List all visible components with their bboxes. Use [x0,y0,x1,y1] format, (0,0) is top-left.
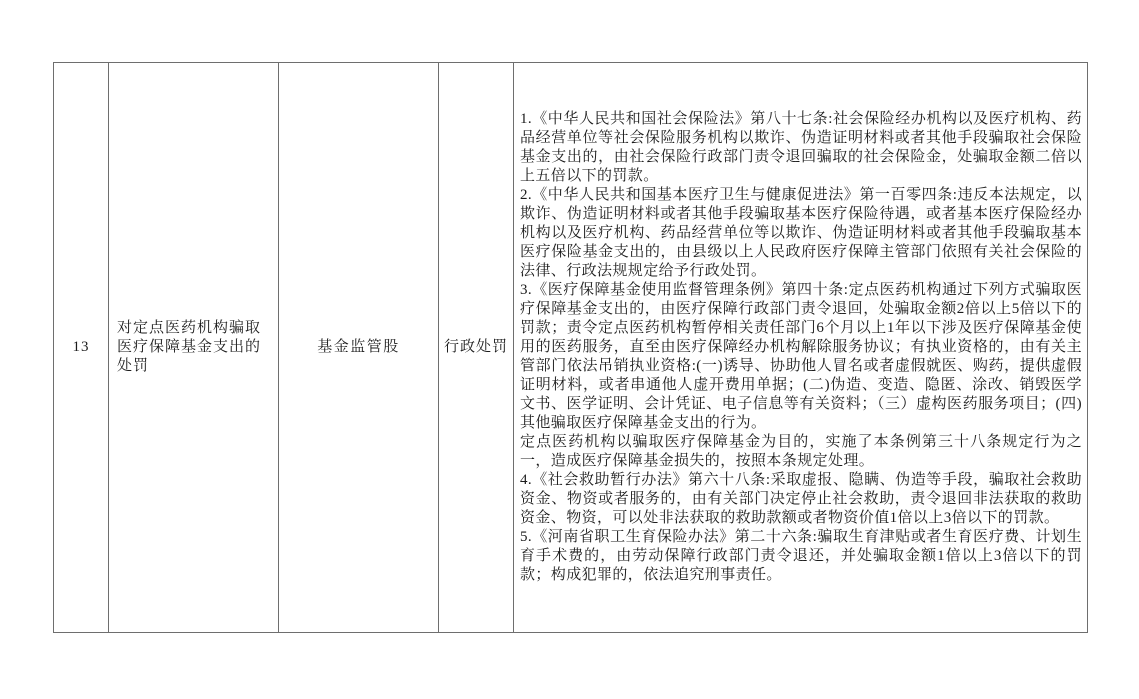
legal-paragraph-2: 2.《中华人民共和国基本医疗卫生与健康促进法》第一百零四条:违反本法规定，以欺诈… [520,186,1082,281]
item-name-cell: 对定点医药机构骗取医疗保障基金支出的处罚 [109,63,279,633]
legal-basis-cell: 1.《中华人民共和国社会保险法》第八十七条:社会保险经办机构以及医疗机构、药品经… [514,63,1088,633]
document-page: 13 对定点医药机构骗取医疗保障基金支出的处罚 基金监管股 行政处罚 1.《中华… [0,0,1139,699]
serial-number-cell: 13 [54,63,109,633]
penalty-items-table: 13 对定点医药机构骗取医疗保障基金支出的处罚 基金监管股 行政处罚 1.《中华… [53,62,1087,633]
legal-paragraph-6: 5.《河南省职工生育保险办法》第二十六条:骗取生育津贴或者生育医疗费、计划生育手… [520,528,1082,585]
table-row: 13 对定点医药机构骗取医疗保障基金支出的处罚 基金监管股 行政处罚 1.《中华… [54,63,1088,633]
legal-paragraph-5: 4.《社会救助暂行办法》第六十八条:采取虚报、隐瞒、伪造等手段，骗取社会救助资金… [520,471,1082,528]
implementing-division-cell: 基金监管股 [279,63,439,633]
penalty-type-cell: 行政处罚 [439,63,514,633]
table: 13 对定点医药机构骗取医疗保障基金支出的处罚 基金监管股 行政处罚 1.《中华… [53,62,1088,633]
legal-paragraph-4: 定点医药机构以骗取医疗保障基金为目的，实施了本条例第三十八条规定行为之一，造成医… [520,433,1082,471]
legal-paragraph-3: 3.《医疗保障基金使用监督管理条例》第四十条:定点医药机构通过下列方式骗取医疗保… [520,281,1082,433]
legal-paragraph-1: 1.《中华人民共和国社会保险法》第八十七条:社会保险经办机构以及医疗机构、药品经… [520,110,1082,186]
